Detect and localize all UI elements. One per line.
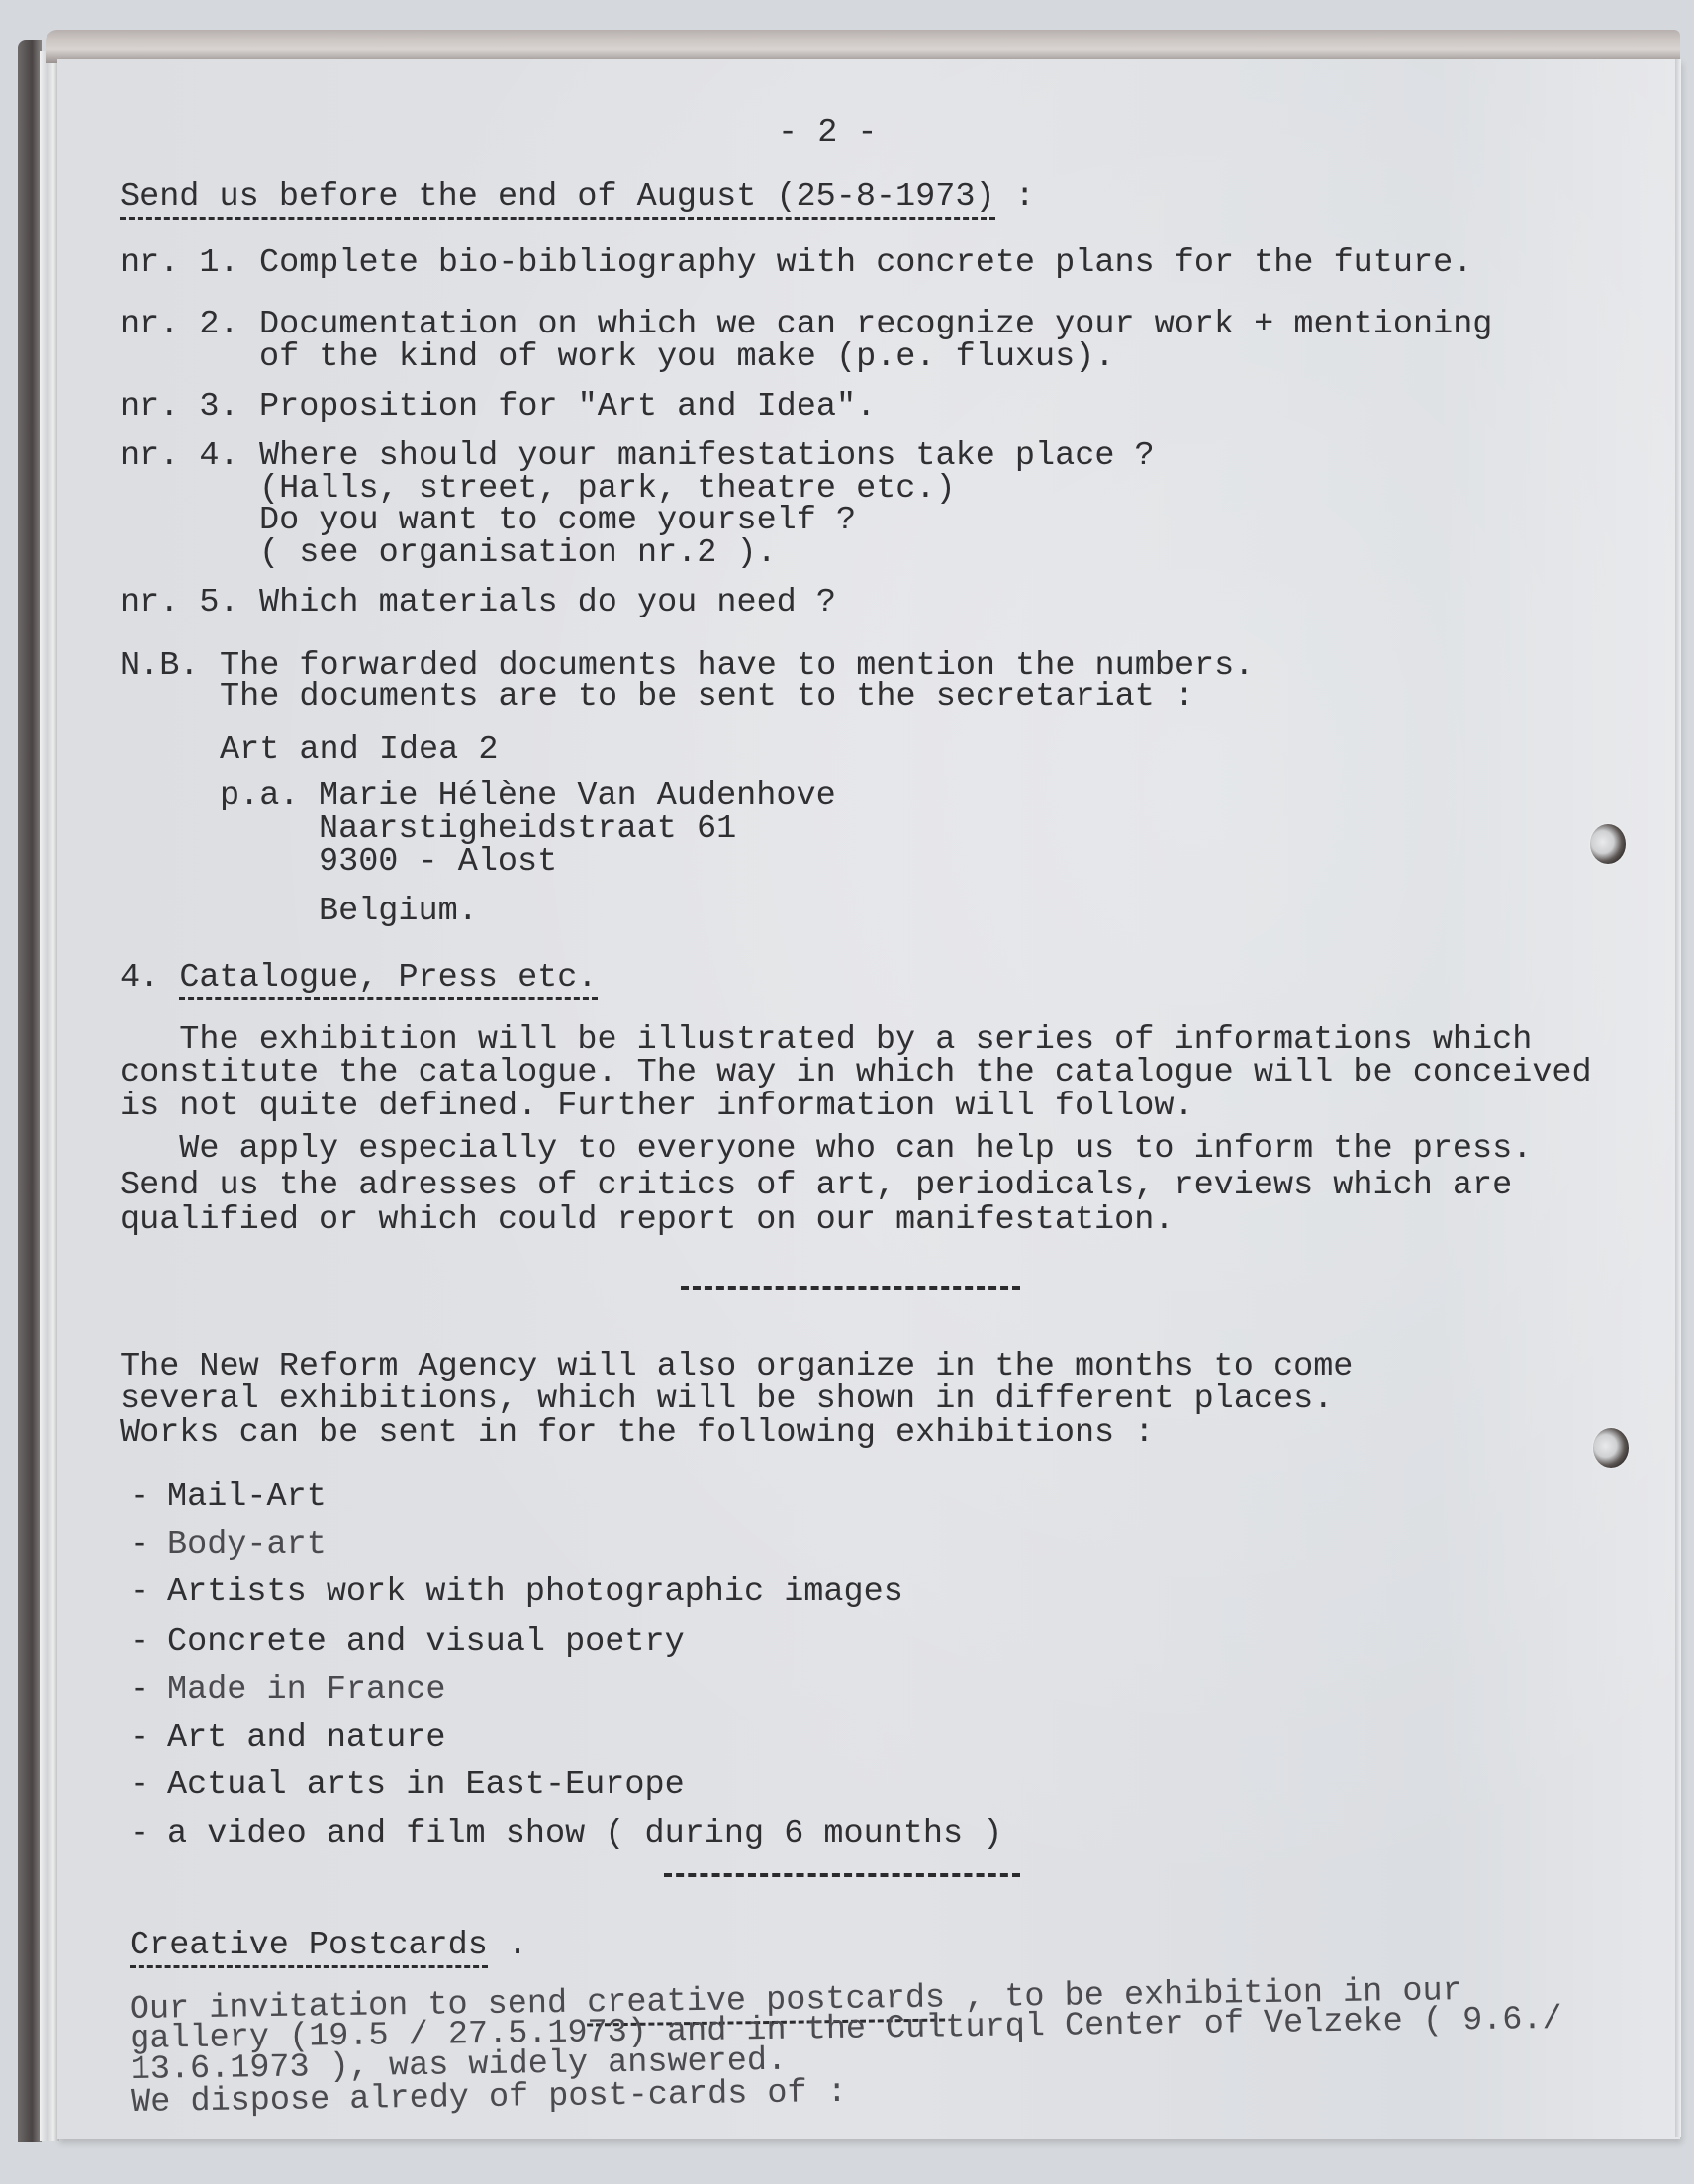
paragraph-line: We dispose alredy of post-cards of : — [131, 2076, 847, 2120]
postcards-paragraph: Our invitation to send creative postcard… — [0, 0, 1694, 2184]
